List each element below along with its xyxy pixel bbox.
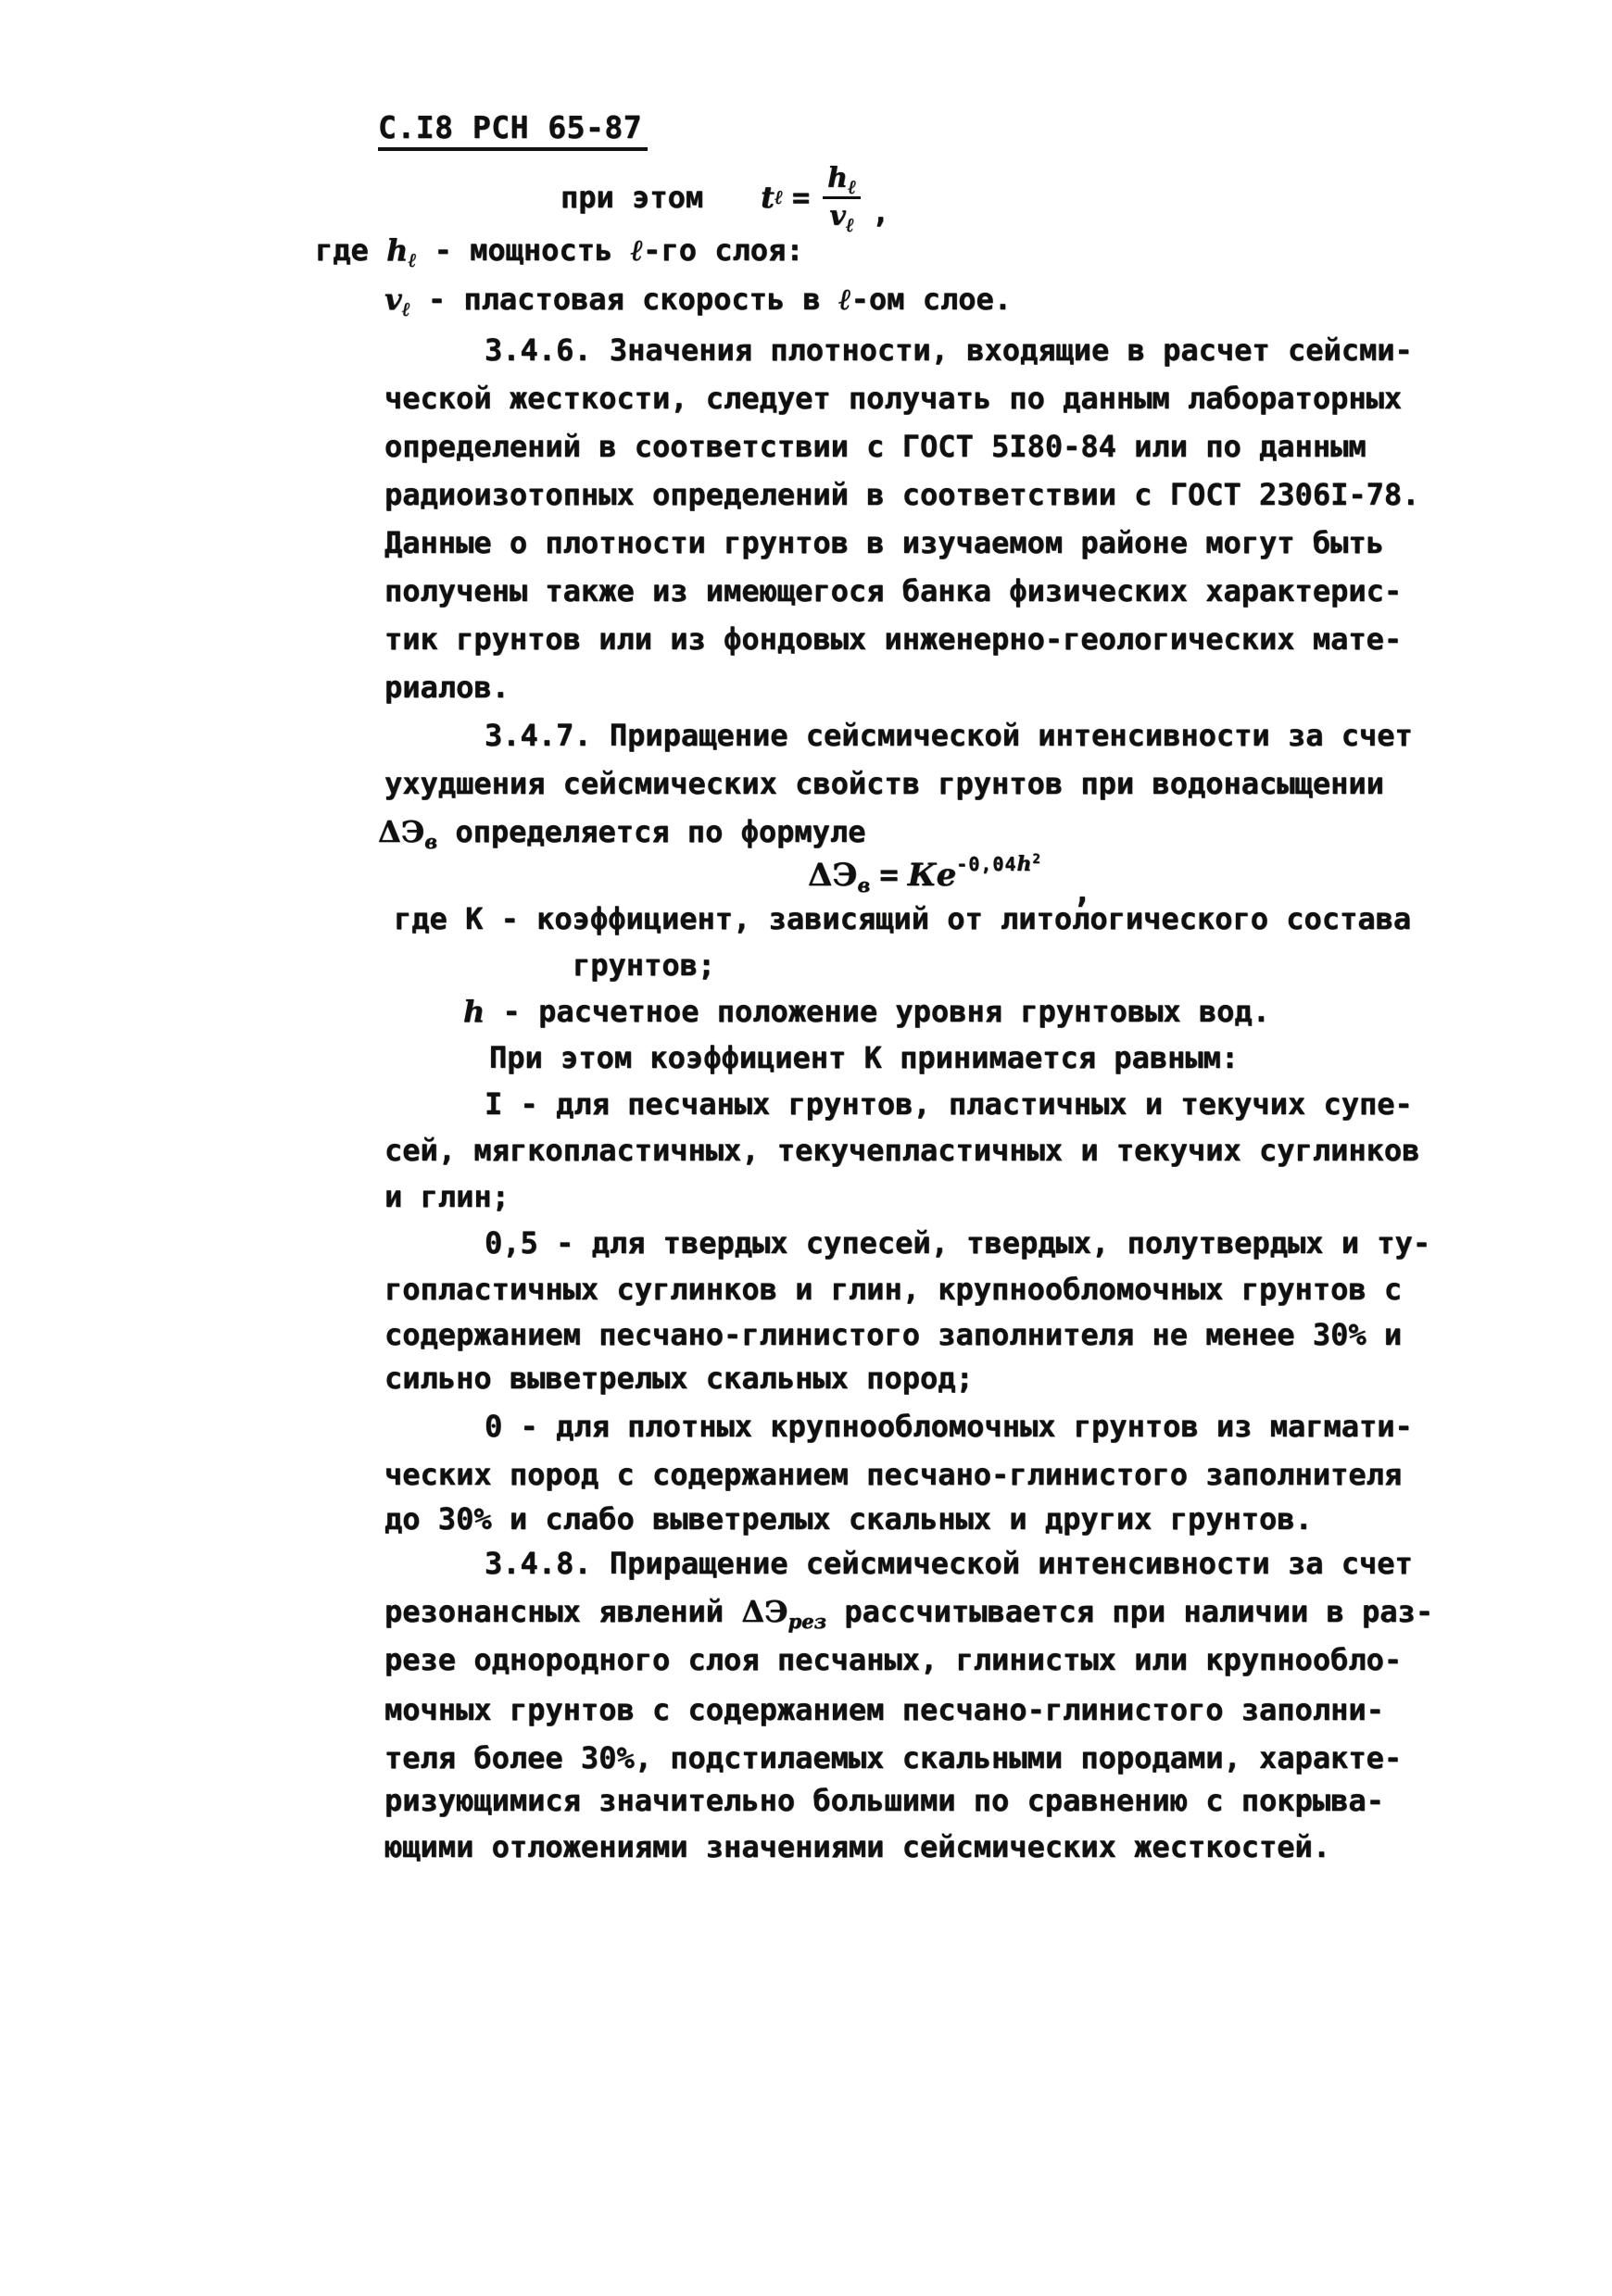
text-line: Данные о плотности грунтов в изучаемом р…: [384, 524, 1384, 561]
comma: ,: [872, 194, 889, 230]
text-line: 3.4.8. Приращение сейсмической интенсивн…: [485, 1545, 1413, 1582]
sub-l: ℓ: [846, 213, 854, 236]
exponent: -0,04h2: [956, 853, 1041, 875]
equals-sign: =: [879, 857, 898, 894]
delta-e-symbol: ΔЭ: [378, 814, 424, 849]
text: -ом слое.: [851, 282, 1012, 317]
page-header: С.I8 РСН 65-87: [378, 109, 648, 151]
text-line: получены также из имеющегося банка физич…: [384, 572, 1402, 609]
sub-l: ℓ: [848, 175, 856, 198]
text-line: резе однородного слоя песчаных, глинисты…: [384, 1641, 1402, 1678]
text: определяется по формуле: [437, 814, 865, 849]
exp-coef: -0,04: [956, 853, 1016, 875]
text: рассчитывается при наличии в раз-: [826, 1594, 1433, 1629]
text-line: гопластичных суглинков и глин, крупнообл…: [384, 1271, 1402, 1308]
text-line: теля более 30%, подстилаемых скальными п…: [384, 1739, 1402, 1776]
formula-water-saturation: ΔЭв=Ке-0,04h2,: [808, 852, 1091, 894]
text-line: ризующимися значительно большими по срав…: [384, 1782, 1384, 1819]
text-line: 0,5 - для твердых супесей, твердых, полу…: [485, 1224, 1430, 1261]
text-line: риалов.: [384, 669, 510, 706]
text-line-delta: ΔЭв определяется по формуле: [378, 813, 865, 850]
fraction-numerator: hℓ: [823, 163, 861, 199]
var-h: h: [827, 162, 848, 194]
text-line: мочных грунтов с содержанием песчано-гли…: [384, 1691, 1384, 1728]
text-line: сей, мягкопластичных, текучепластичных и…: [384, 1132, 1419, 1169]
text-line: определений в соответствии с ГОСТ 5I80-8…: [384, 428, 1366, 465]
sub-v: в: [857, 873, 870, 897]
scanned-document-page: С.I8 РСН 65-87 при этом tℓ = hℓ vℓ , где…: [0, 0, 1612, 2296]
text-line: 0 - для плотных крупнообломочных грунтов…: [485, 1408, 1413, 1445]
text-line: 3.4.7. Приращение сейсмической интенсивн…: [485, 717, 1413, 754]
text-line: до 30% и слабо выветрелых скальных и дру…: [384, 1500, 1313, 1537]
text-line-where-h: где hℓ - мощность ℓ-го слоя:: [315, 232, 804, 269]
formula-label: при этом: [560, 180, 703, 215]
text-line-h: h - расчетное положение уровня грунтовых…: [463, 993, 1270, 1030]
text-line: где К - коэффициент, зависящий от литоло…: [394, 900, 1411, 937]
coef-ke: Ке: [908, 857, 957, 894]
var-l: ℓ: [838, 282, 851, 317]
var-v: v: [384, 282, 402, 317]
sub-rez: рез: [788, 1610, 826, 1633]
delta-e-symbol: ΔЭ: [808, 857, 857, 894]
text: - мощность: [416, 232, 630, 268]
text-line: и глин;: [384, 1178, 510, 1215]
sub-l: ℓ: [408, 248, 416, 271]
text-line: ухудшения сейсмических свойств грунтов п…: [384, 765, 1384, 802]
exp-power: 2: [1033, 852, 1041, 867]
equals-sign: =: [792, 180, 810, 215]
text-line: ющими отложениями значениями сейсмически…: [384, 1828, 1330, 1865]
var-h: h: [463, 994, 485, 1029]
text: - пластовая скорость в: [410, 282, 838, 317]
fraction-denominator: vℓ: [829, 199, 853, 232]
text-line: 3.4.6. Значения плотности, входящие в ра…: [485, 332, 1413, 369]
delta-e-symbol: ΔЭ: [741, 1594, 787, 1629]
text-line: ческой жесткости, следует получать по да…: [384, 380, 1402, 417]
text-line: содержанием песчано-глинистого заполните…: [384, 1316, 1402, 1353]
text-line: радиоизотопных определений в соответстви…: [384, 476, 1419, 513]
text: -го слоя:: [643, 232, 803, 268]
sub-l: ℓ: [402, 297, 410, 320]
text-line-where-v: vℓ - пластовая скорость в ℓ-ом слое.: [384, 281, 1012, 318]
text: резонансных явлений: [384, 1594, 741, 1629]
var-v: v: [829, 200, 845, 232]
text: где: [315, 232, 386, 268]
text-line: ческих пород с содержанием песчано-глини…: [384, 1456, 1402, 1493]
text: - расчетное положение уровня грунтовых в…: [485, 994, 1270, 1029]
var-h: h: [386, 232, 408, 268]
text-line-delta-rez: резонансных явлений ΔЭрез рассчитывается…: [384, 1593, 1433, 1630]
sub-v: в: [424, 830, 437, 853]
var-h: h: [1017, 852, 1033, 876]
text-line: сильно выветрелых скальных пород;: [384, 1360, 974, 1397]
text-line: При этом коэффициент К принимается равны…: [489, 1039, 1239, 1076]
fraction: hℓ vℓ: [823, 163, 861, 232]
var-t: t: [761, 180, 775, 215]
text-line: I - для песчаных грунтов, пластичных и т…: [485, 1085, 1413, 1123]
text-line: тик грунтов или из фондовых инженерно-ге…: [384, 621, 1402, 658]
var-l: ℓ: [631, 232, 644, 268]
text-line: грунтов;: [573, 947, 715, 984]
